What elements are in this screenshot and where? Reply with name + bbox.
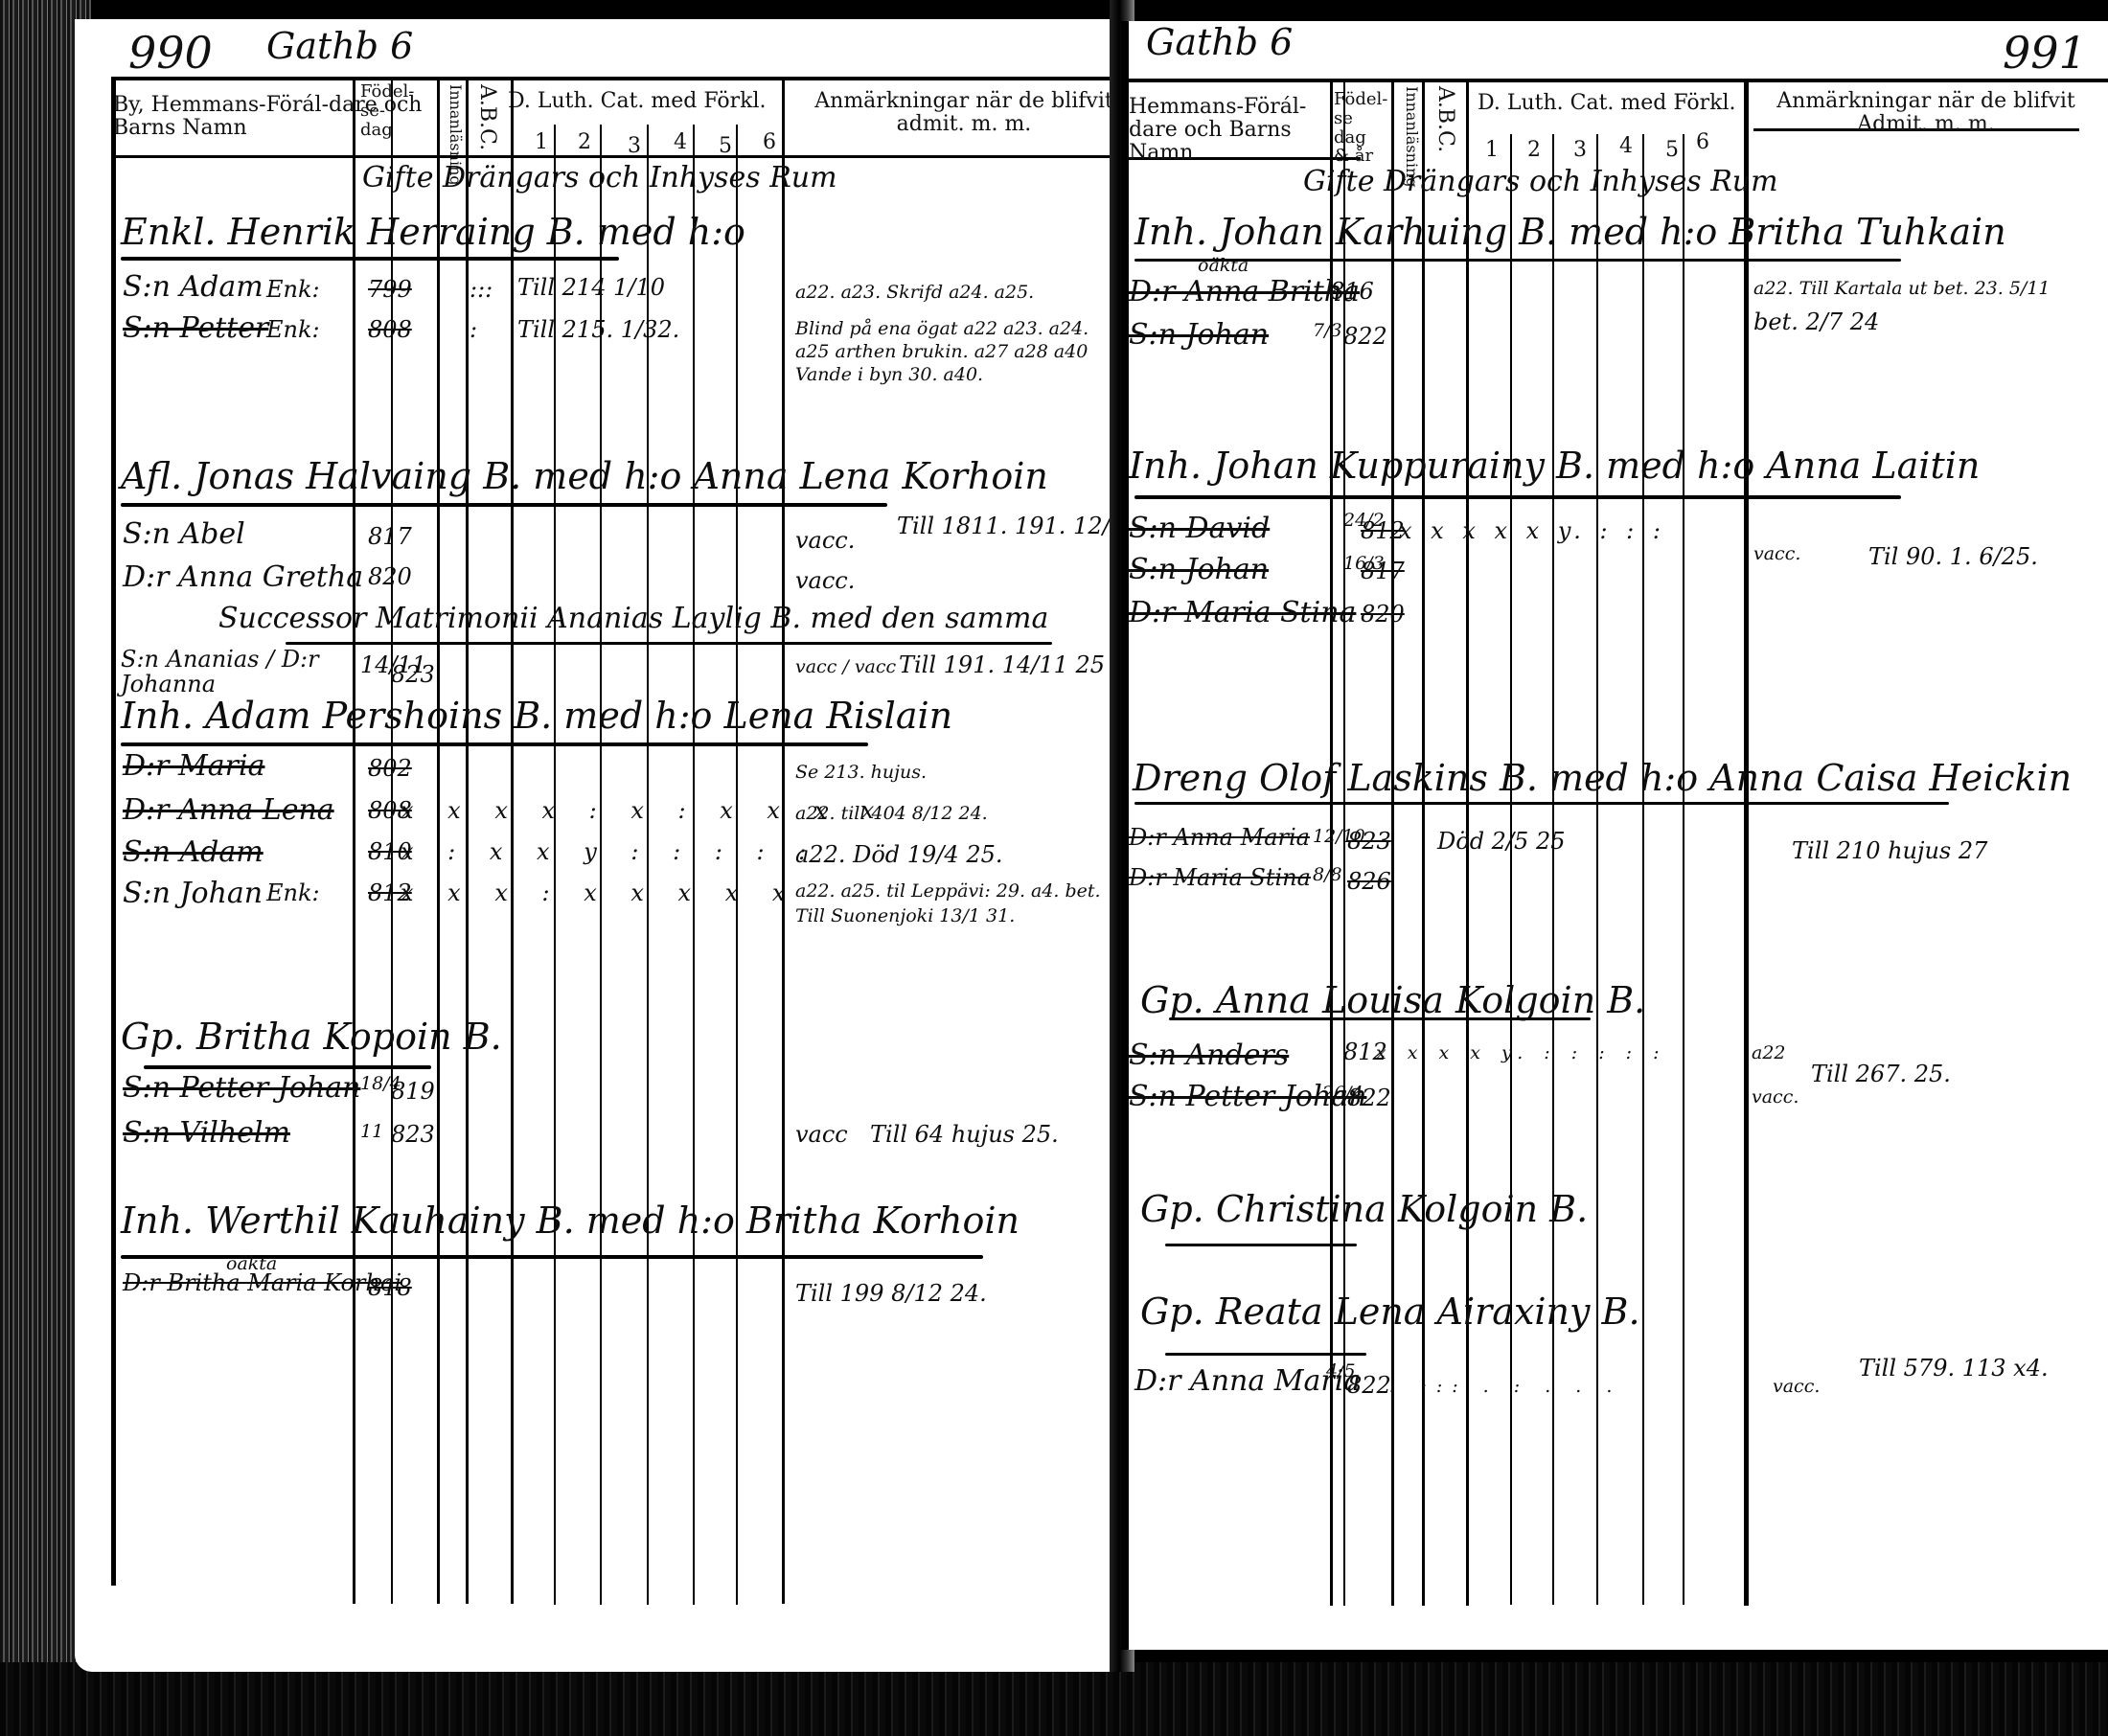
member-marks: x x x x x y. : : : — [1399, 517, 1666, 544]
member-remarks: a22. a23. Skrifd a24. a25. — [795, 282, 1034, 303]
cat-col-6: 6 — [1696, 130, 1709, 154]
cat-col-4: 4 — [674, 130, 687, 154]
member-date: 8/8 — [1313, 864, 1342, 885]
member-catechism: Till 215. 1/32. — [517, 316, 679, 343]
household-head: Inh. Johan Karhuing B. med h:o Britha Tu… — [1134, 211, 2006, 253]
member-marks: ::: — [470, 276, 493, 303]
household-head: Enkl. Henrik Herraing B. med h:o — [121, 211, 745, 253]
cat-col-1: 1 — [1485, 138, 1499, 162]
member-name: S:n Vilhelm — [123, 1116, 290, 1150]
member-name: D:r Anna Gretha — [123, 560, 363, 594]
page-number-right: 991 — [2003, 27, 2087, 79]
rule-left-margin — [111, 77, 116, 1586]
cat-col-4: 4 — [1619, 134, 1633, 158]
col-header-catechism: D. Luth. Cat. med Förkl. — [508, 90, 767, 113]
member-year: 818 — [368, 1274, 412, 1301]
cat-col-6: 6 — [763, 130, 776, 154]
member-marks: x x x x y. : : : : : — [1376, 1042, 1666, 1063]
section-title-right: Gifte Drängars och Inhyses Rum — [1303, 165, 1778, 198]
member-remarks: vacc / vacc — [795, 656, 896, 677]
member-note-above: oäkta — [1198, 255, 1249, 276]
col-header-name: Hemmans-Förál-dare och Barns Namn — [1129, 96, 1330, 166]
col-header-birth: Födel-se-dag — [360, 82, 406, 139]
member-note: Till 191. 14/11 25 — [899, 651, 1105, 678]
left-page: 990 Gathb 6 By, Hemmans-Förál-dare och B… — [75, 19, 1119, 1672]
member-date: 11 — [360, 1121, 383, 1142]
member-remarks: vacc — [795, 1121, 848, 1148]
household-underline — [1165, 1353, 1366, 1356]
household-underline — [1165, 1244, 1357, 1246]
col-header-catechism: D. Luth. Cat. med Förkl. — [1478, 92, 1736, 115]
cat-col-3: 3 — [628, 134, 641, 158]
household-head: Afl. Jonas Halvaing B. med h:o Anna Lena… — [121, 455, 1048, 497]
member-name: S:n Johan — [123, 877, 263, 910]
household-underline — [1134, 495, 1901, 499]
member-name: D:r Anna Britha — [1129, 275, 1360, 308]
member-note: Till 64 hujus 25. — [870, 1121, 1059, 1148]
member-name: S:n Petter Johan — [123, 1071, 360, 1105]
member-remarks: Död 2/5 25 — [1437, 828, 1565, 855]
cat-col-2: 2 — [578, 130, 591, 154]
member-year: 823 — [1347, 828, 1391, 855]
household-head: Gp. Reata Lena Airaxiny B. — [1140, 1291, 1640, 1333]
member-remarks: vacc. — [1753, 543, 1800, 564]
header-note-right: Gathb 6 — [1146, 21, 1293, 63]
col-header-remarks: Anmärkningar när de blifvit admit. m. m. — [811, 90, 1117, 136]
col-header-birth: Födel-se dag & år — [1334, 90, 1380, 166]
member-marks: x : x x y : : : : : — [401, 838, 819, 865]
member-note: Till 579. 113 x4. — [1859, 1355, 2049, 1382]
cat-col-1: 1 — [535, 130, 548, 154]
member-year: 799 — [368, 276, 412, 303]
member-remarks: vacc. — [1752, 1086, 1799, 1108]
member-remarks: a22. Död 19/4 25. — [795, 841, 1002, 868]
header-bottom-rule — [111, 155, 1119, 158]
member-remarks: Till 199 8/12 24. — [795, 1280, 987, 1307]
household-subheading: Successor Matrimonii Ananias Laylig B. m… — [218, 602, 1048, 635]
member-year: 826 — [1347, 868, 1391, 895]
member-remarks: vacc. — [1773, 1376, 1820, 1397]
household-head: Inh. Adam Pershoins B. med h:o Lena Risl… — [121, 695, 952, 737]
member-name: S:n Abel — [123, 517, 245, 551]
cat-col-2: 2 — [1527, 138, 1541, 162]
member-year: 817 — [1361, 558, 1405, 584]
member-marks: : ::: . : . . . — [1389, 1376, 1621, 1397]
member-year: 820 — [368, 563, 412, 590]
member-remarks: vacc. — [795, 567, 855, 594]
household-head: Dreng Olof Laskins B. med h:o Anna Caisa… — [1133, 757, 2072, 799]
member-name: D:r Maria Stina — [1129, 596, 1356, 629]
household-underline — [1134, 802, 1949, 805]
member-year: 822 — [1347, 1085, 1391, 1111]
member-name: S:n Johan — [1129, 553, 1269, 586]
rule-cat-6 — [1683, 134, 1684, 1605]
member-year: 817 — [368, 523, 412, 550]
member-remarks: bet. 2/7 24 — [1753, 308, 1879, 335]
member-status: Enk: — [266, 879, 320, 906]
member-year: 823 — [391, 1121, 435, 1148]
rule-cat-5 — [1642, 134, 1644, 1605]
section-title-left: Gifte Drängars och Inhyses Rum — [362, 161, 837, 194]
col-header-innanlasning: Innanläsning — [1403, 86, 1421, 169]
member-name: D:r Anna Maria — [1129, 824, 1310, 851]
member-year: 822 — [1343, 323, 1387, 350]
member-status: Enk: — [266, 316, 320, 343]
cat-col-3: 3 — [1573, 138, 1587, 162]
col-header-innanlasning: Innanläsning — [447, 84, 465, 151]
member-remarks: a22. Till Kartala ut bet. 23. 5/11 — [1753, 278, 2051, 299]
subheading-underline — [286, 642, 1052, 645]
member-name: S:n Ananias / D:r Johanna — [121, 647, 351, 697]
member-year: 822 — [1347, 1372, 1391, 1399]
member-name: S:n Johan — [1129, 318, 1269, 352]
member-year: 802 — [368, 755, 412, 782]
household-underline — [121, 257, 619, 261]
member-name: S:n Petter — [123, 311, 268, 345]
member-name: S:n Anders — [1129, 1039, 1289, 1072]
cat-col-5: 5 — [719, 134, 732, 158]
household-underline — [144, 1065, 431, 1069]
header-note-left: Gathb 6 — [266, 25, 413, 67]
household-underline — [1134, 259, 1901, 262]
household-underline — [121, 503, 887, 507]
member-year: 816 — [1330, 278, 1374, 305]
cat-col-5: 5 — [1665, 138, 1679, 162]
household-head: Gp. Anna Louisa Kolgoin B. — [1140, 979, 1645, 1021]
header-top-rule — [1121, 79, 2108, 82]
member-name: S:n David — [1129, 512, 1270, 545]
member-marks: : — [470, 316, 477, 343]
member-note: Til 90. 1. 6/25. — [1868, 543, 2038, 570]
rule-name-col — [353, 80, 355, 1604]
member-remarks: a22 — [1752, 1042, 1786, 1063]
rule-remarks-col — [1744, 82, 1749, 1606]
household-remark: Till 1811. 191. 12/8 25 — [897, 513, 1119, 539]
col-header-abc: A.B.C. — [1433, 86, 1457, 169]
household-head: Gp. Britha Kopoin B. — [121, 1016, 502, 1058]
member-year: 808 — [368, 316, 412, 343]
member-note: Till 267. 25. — [1811, 1061, 1951, 1087]
member-note: Till 210 hujus 27 — [1792, 837, 1987, 864]
member-remarks: a22. a25. til Leppävi: 29. a4. bet. Till… — [795, 879, 1111, 928]
household-head: Inh. Johan Kuppurainy B. med h:o Anna La… — [1129, 445, 1980, 487]
member-name: D:r Britha Maria Korhoi — [123, 1269, 401, 1296]
scan-bottom-edge — [0, 1662, 2108, 1736]
member-year: 812 — [1361, 517, 1405, 544]
col-header-abc: A.B.C. — [475, 84, 499, 153]
member-marks: x x x : x x x x x — [401, 879, 798, 906]
member-name: D:r Maria — [123, 749, 264, 783]
header-top-rule — [111, 77, 1119, 80]
member-year: 820 — [1361, 601, 1405, 628]
member-remarks: Blind på ena ögat a22 a23. a24. a25 arth… — [795, 318, 1111, 386]
rule-left-margin — [1121, 21, 1129, 1650]
page-number-left: 990 — [128, 27, 213, 79]
member-status: Enk: — [266, 276, 320, 303]
col-header-remarks: Anmärkningar när de blifvit Admit. m. m. — [1763, 90, 2089, 136]
member-name: D:r Maria Stina — [1129, 864, 1311, 891]
member-remarks: Se 213. hujus. — [795, 762, 927, 783]
household-underline — [1169, 1017, 1591, 1020]
household-head: Gp. Christina Kolgoin B. — [1140, 1188, 1588, 1230]
member-date: 7/3 — [1313, 320, 1342, 341]
member-year: 819 — [391, 1078, 435, 1105]
household-head: Inh. Werthil Kauhainy B. med h:o Britha … — [121, 1199, 1020, 1242]
right-page: Gathb 6 991 Hemmans-Förál-dare och Barns… — [1121, 21, 2108, 1650]
member-catechism: Till 214 1/10 — [517, 274, 665, 301]
household-underline — [121, 742, 868, 746]
member-name: D:r Anna Lena — [123, 793, 334, 827]
member-remarks: a22. till 404 8/12 24. — [795, 803, 988, 824]
member-name: S:n Adam — [123, 835, 263, 869]
member-year: 823 — [391, 661, 435, 688]
member-name: S:n Adam — [123, 270, 263, 304]
member-remarks: vacc. — [795, 527, 855, 554]
